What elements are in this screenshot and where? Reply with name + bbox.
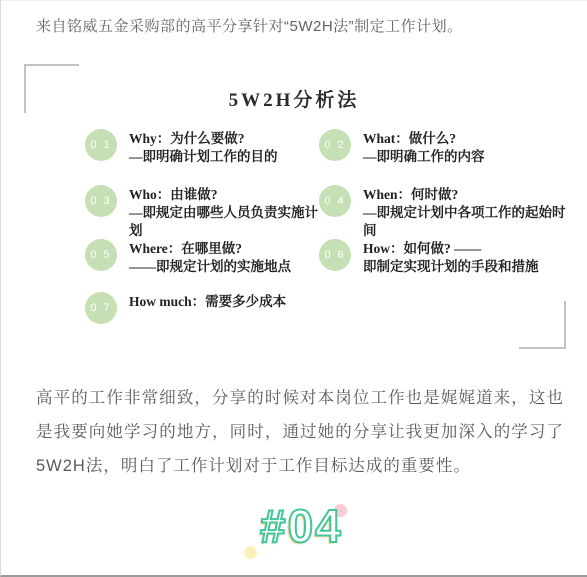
item-description: ——即规定计划的实施地点 bbox=[129, 258, 324, 276]
item-text: Who：由谁做? —即规定由哪些人员负责实施计划 bbox=[129, 185, 324, 240]
item-number-badge: 0 5 bbox=[85, 239, 117, 271]
list-item-who: 0 3 Who：由谁做? —即规定由哪些人员负责实施计划 bbox=[85, 185, 324, 240]
item-number-badge: 0 7 bbox=[85, 292, 117, 324]
page-number-marker: #04 bbox=[260, 501, 343, 551]
list-item-when: 0 4 When：何时做? —即规定计划中各项工作的起始时间 bbox=[319, 185, 578, 240]
item-number-badge: 0 6 bbox=[319, 239, 351, 271]
item-number-badge: 0 2 bbox=[319, 129, 351, 161]
item-text: When：何时做? —即规定计划中各项工作的起始时间 bbox=[363, 185, 578, 240]
item-heading: When：何时做? bbox=[363, 186, 578, 204]
list-item-where: 0 5 Where：在哪里做? ——即规定计划的实施地点 bbox=[85, 239, 324, 276]
list-item-what: 0 2 What：做什么? —即明确工作的内容 bbox=[319, 129, 578, 166]
item-text: Where：在哪里做? ——即规定计划的实施地点 bbox=[129, 239, 324, 276]
item-number-badge: 0 1 bbox=[85, 129, 117, 161]
corner-bracket-bottom-right bbox=[519, 301, 566, 349]
list-item-how-much: 0 7 How much：需要多少成本 bbox=[85, 292, 324, 324]
item-heading: How：如何做? —— bbox=[363, 240, 578, 258]
item-description: —即明确工作的内容 bbox=[363, 148, 578, 166]
summary-text: 高平的工作非常细致，分享的时候对本岗位工作也是娓娓道来，这也是我要向她学习的地方… bbox=[36, 381, 564, 483]
item-text: Why：为什么要做? —即明确计划工作的目的 bbox=[129, 129, 324, 166]
item-text: How much：需要多少成本 bbox=[129, 292, 324, 311]
section-title: 5W2H分析法 bbox=[1, 85, 587, 112]
item-description: —即规定由哪些人员负责实施计划 bbox=[129, 204, 324, 240]
item-heading: What：做什么? bbox=[363, 130, 578, 148]
decor-dot-yellow bbox=[244, 546, 257, 559]
item-heading: Where：在哪里做? bbox=[129, 240, 324, 258]
list-item-how: 0 6 How：如何做? —— 即制定实现计划的手段和措施 bbox=[319, 239, 578, 276]
item-text: How：如何做? —— 即制定实现计划的手段和措施 bbox=[363, 239, 578, 276]
intro-text: 来自铭威五金采购部的高平分享针对“5W2H法”制定工作计划。 bbox=[36, 15, 566, 36]
list-item-why: 0 1 Why：为什么要做? —即明确计划工作的目的 bbox=[85, 129, 324, 166]
item-heading: Who：由谁做? bbox=[129, 186, 324, 204]
article-page: 来自铭威五金采购部的高平分享针对“5W2H法”制定工作计划。 5W2H分析法 0… bbox=[0, 0, 587, 577]
item-description: —即规定计划中各项工作的起始时间 bbox=[363, 204, 578, 240]
item-heading: Why：为什么要做? bbox=[129, 130, 324, 148]
item-number-badge: 0 3 bbox=[85, 185, 117, 217]
item-heading: How much：需要多少成本 bbox=[129, 293, 324, 311]
item-text: What：做什么? —即明确工作的内容 bbox=[363, 129, 578, 166]
item-description: 即制定实现计划的手段和措施 bbox=[363, 258, 578, 276]
item-number-badge: 0 4 bbox=[319, 185, 351, 217]
item-description: —即明确计划工作的目的 bbox=[129, 148, 324, 166]
